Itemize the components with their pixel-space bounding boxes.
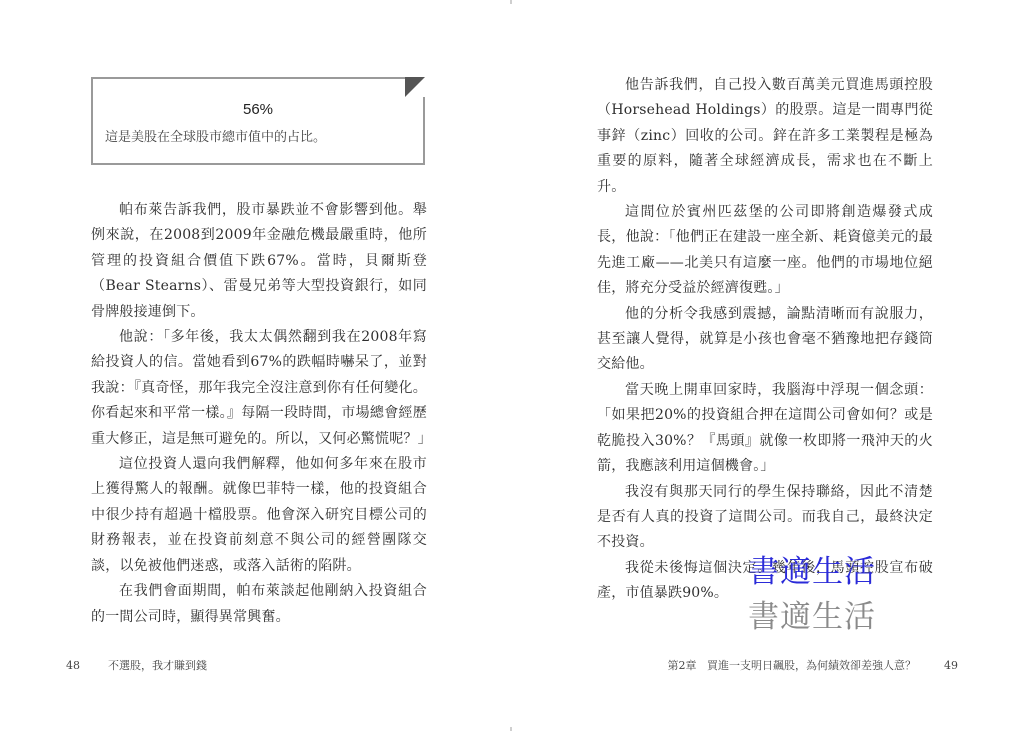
callout-caption: 這是美股在全球股市總市值中的占比。	[105, 126, 326, 145]
running-title: 不選股，我才賺到錢	[108, 659, 207, 672]
stat-callout-box: 56% 這是美股在全球股市總市值中的占比。	[91, 77, 425, 165]
left-body-text: 帕布萊告訴我們，股市暴跌並不會影響到他。舉例來說，在2008到2009年金融危機…	[91, 198, 427, 630]
paragraph: 這間位於賓州匹茲堡的公司即將創造爆發式成長，他說：「他們正在建設一座全新、耗資億…	[597, 200, 933, 302]
page-number: 48	[66, 659, 80, 672]
paragraph: 這位投資人還向我們解釋，他如何多年來在股市上獲得驚人的報酬。就像巴菲特一樣，他的…	[91, 452, 427, 579]
paragraph: 帕布萊告訴我們，股市暴跌並不會影響到他。舉例來說，在2008到2009年金融危機…	[91, 198, 427, 325]
paragraph: 他的分析令我感到震撼，論點清晰而有說服力，甚至讓人覺得，就算是小孩也會毫不猶豫地…	[597, 302, 933, 378]
left-page-footer: 48不選股，我才賺到錢	[66, 657, 207, 673]
running-title: 買進一支明日飆股，為何績效卻差強人意？	[707, 659, 916, 672]
book-spread: 56% 這是美股在全球股市總市值中的占比。 帕布萊告訴我們，股市暴跌並不會影響到…	[0, 0, 1024, 731]
paragraph: 當天晚上開車回家時，我腦海中浮現一個念頭：「如果把20%的投資組合押在這間公司會…	[597, 378, 933, 480]
chapter-label: 第2章	[668, 659, 697, 672]
paragraph: 他告訴我們，自己投入數百萬美元買進馬頭控股（Horsehead Holdings…	[597, 73, 933, 200]
paragraph: 我沒有與那天同行的學生保持聯絡，因此不清楚是否有人真的投資了這間公司。而我自己，…	[597, 480, 933, 556]
paragraph: 在我們會面期間，帕布萊談起他剛納入投資組合的一間公司時，顯得異常興奮。	[91, 579, 427, 630]
paragraph: 他說：「多年後，我太太偶然翻到我在2008年寫給投資人的信。當她看到67%的跌幅…	[91, 325, 427, 452]
left-page: 56% 這是美股在全球股市總市值中的占比。 帕布萊告訴我們，股市暴跌並不會影響到…	[0, 0, 512, 731]
watermark-primary: 書適生活	[748, 546, 876, 591]
watermark-secondary: 書適生活	[748, 591, 876, 636]
right-body-text: 他告訴我們，自己投入數百萬美元買進馬頭控股（Horsehead Holdings…	[597, 73, 933, 607]
page-number: 49	[944, 659, 958, 672]
callout-figure: 56%	[93, 101, 423, 118]
right-page-footer: 第2章 買進一支明日飆股，為何績效卻差強人意？49	[668, 657, 959, 673]
folded-corner-icon	[405, 77, 425, 97]
